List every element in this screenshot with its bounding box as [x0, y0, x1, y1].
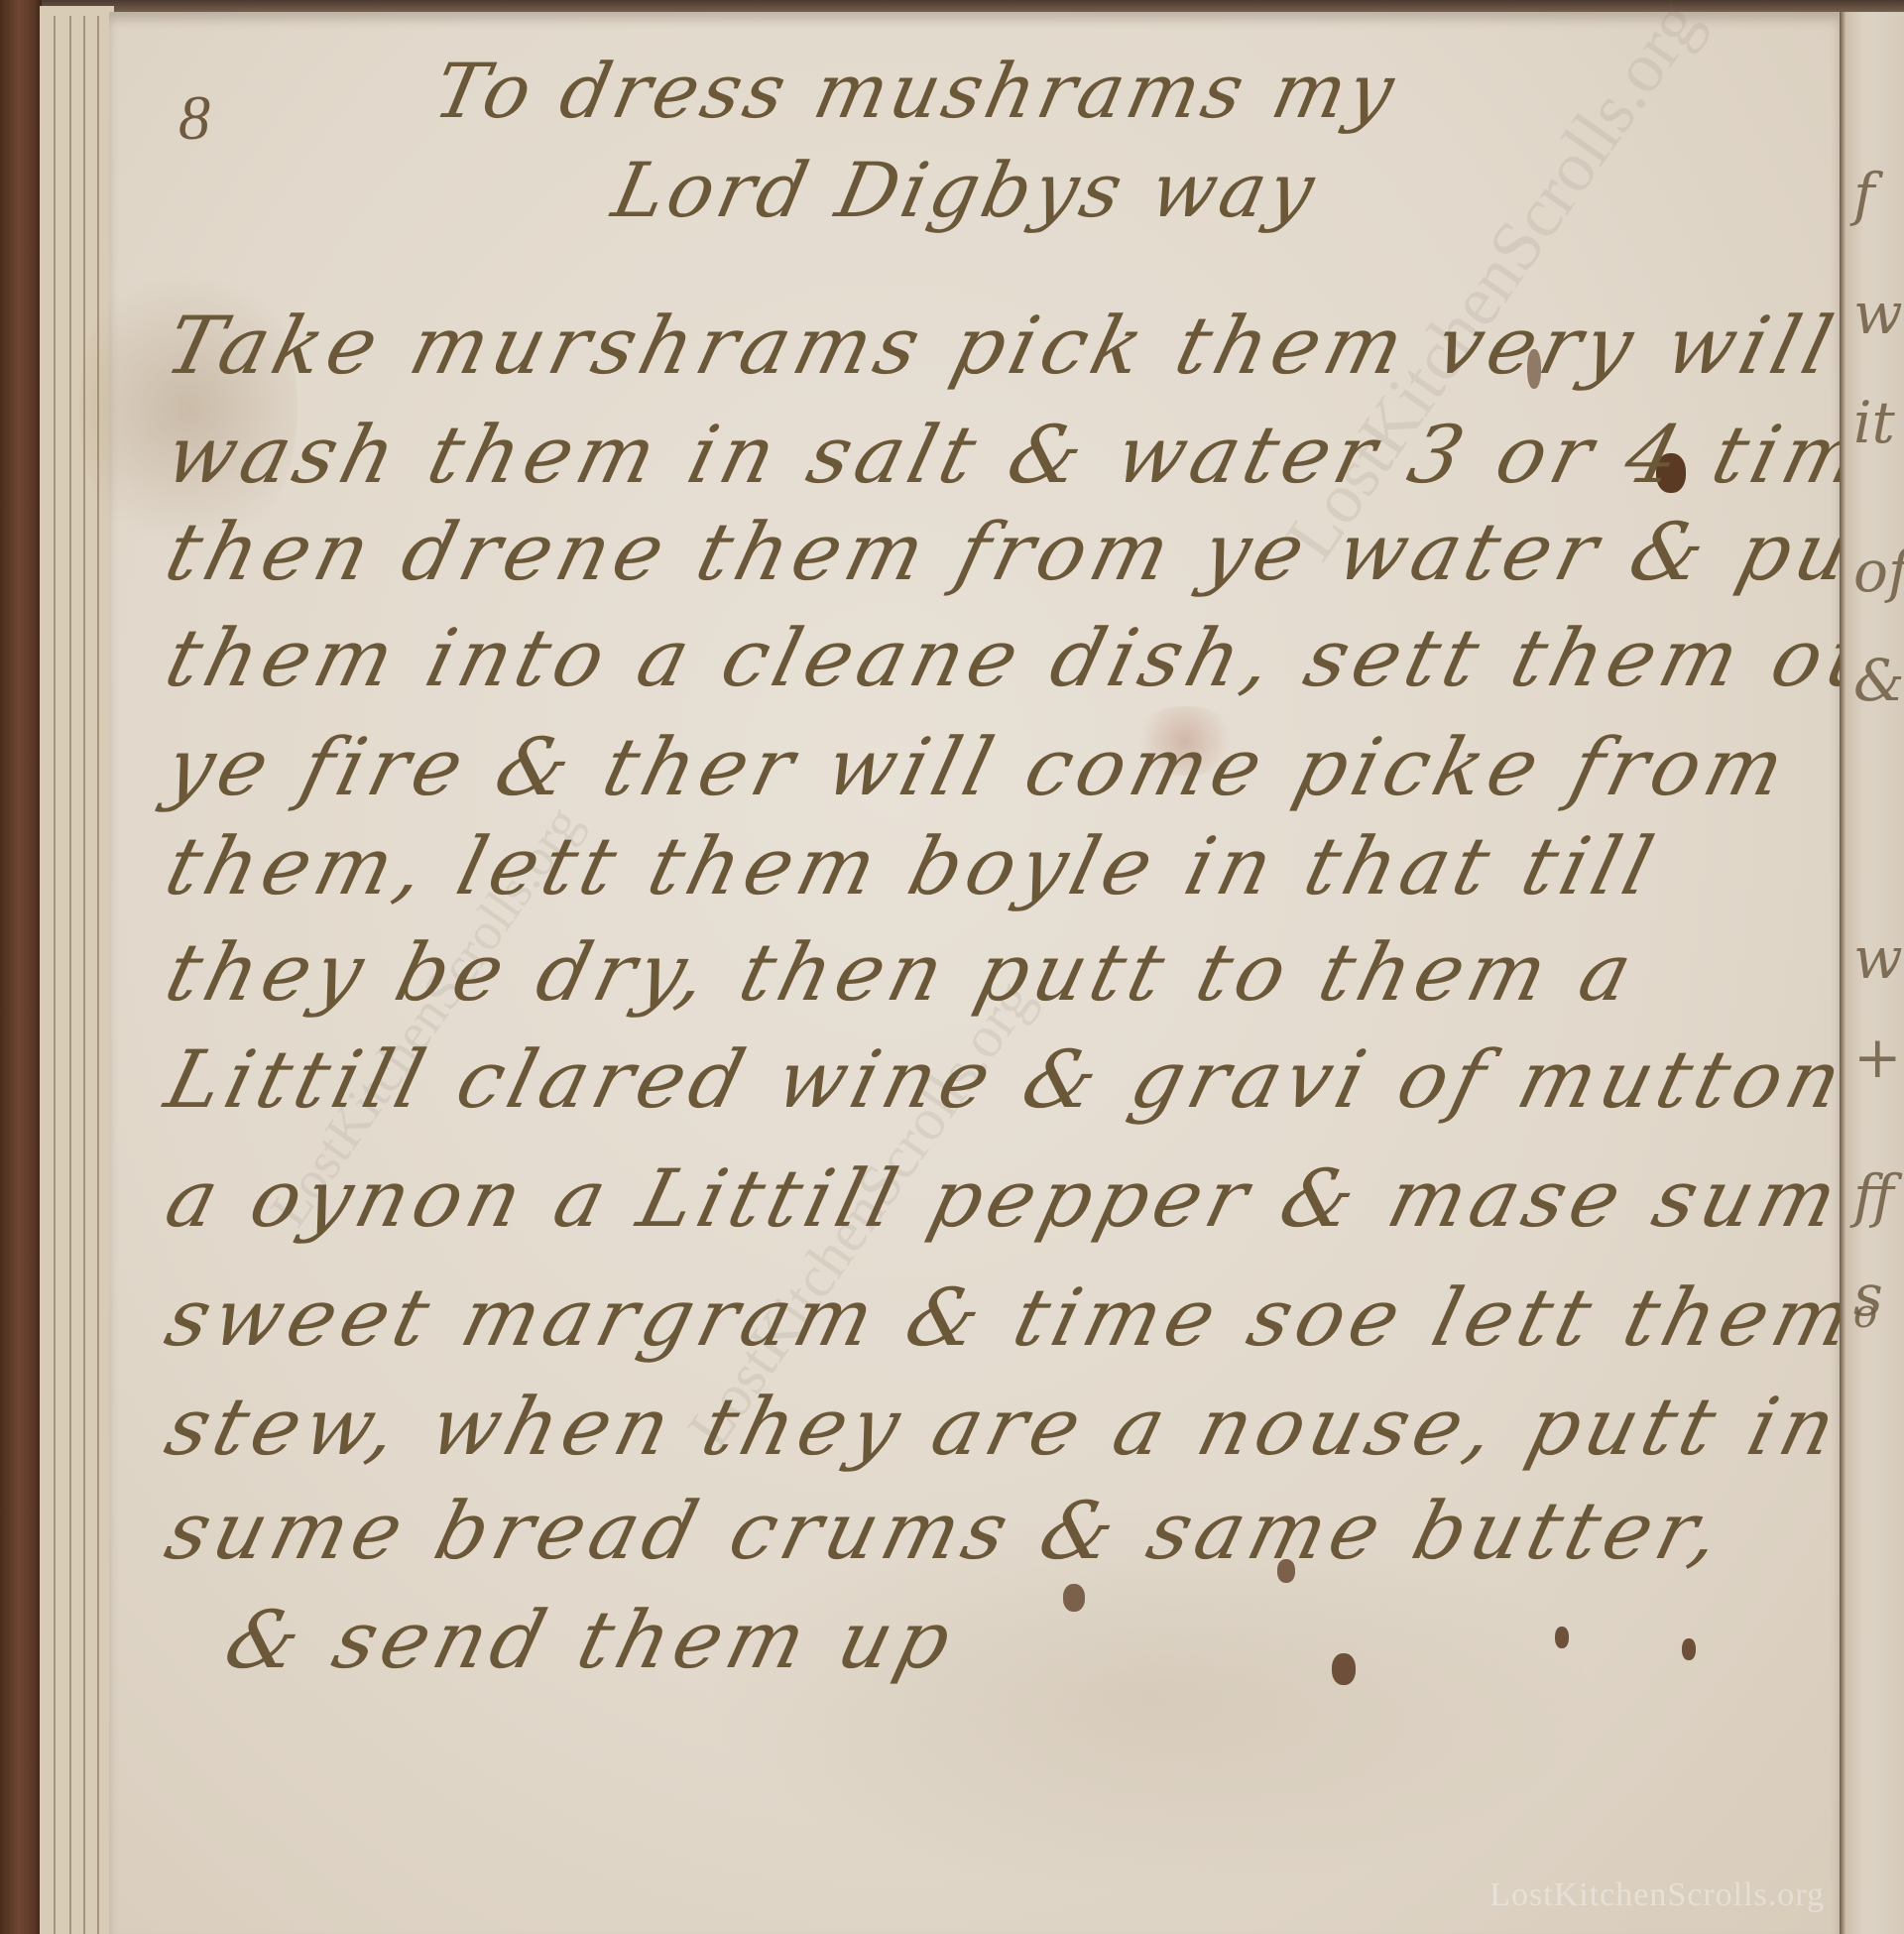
facing-page-fragment: it: [1853, 389, 1895, 456]
ink-blot: [1682, 1638, 1696, 1660]
recipe-line: them into a cleane dish, sett them ou: [157, 612, 1896, 704]
facing-page-fragment: +: [1853, 1024, 1902, 1091]
recipe-line: sweet margram & time soe lett them: [157, 1271, 1866, 1364]
facing-page-fragment: of: [1853, 538, 1904, 605]
recipe-line: then drene them from ye water & put: [157, 506, 1903, 598]
ink-blot: [1332, 1653, 1356, 1685]
recipe-line: stew, when they are a nouse, putt in: [157, 1381, 1849, 1473]
recipe-line: wash them in salt & water 3 or 4 tims: [157, 409, 1904, 501]
recipe-title-line-2: Lord Digbys way: [606, 146, 1326, 234]
recipe-line: sume bread crums & same butter,: [157, 1485, 1735, 1577]
page-edge-line: [83, 16, 85, 1934]
ink-blot: [1555, 1627, 1569, 1648]
facing-page-fragment: &: [1853, 647, 1904, 714]
site-watermark: LostKitchenScrolls.org: [1489, 1876, 1825, 1914]
recipe-title-line-1: To dress mushrams my: [427, 47, 1406, 135]
facing-page-fragment: o: [1853, 1291, 1877, 1337]
leather-binding: [0, 0, 42, 1934]
page-edges: [40, 6, 114, 1934]
manuscript-page: LostKitchenScrolls.org LostKitchenScroll…: [109, 12, 1840, 1934]
page-edge-line: [69, 16, 71, 1934]
facing-page-fragment: w: [1853, 280, 1903, 347]
recipe-line: & send them up: [216, 1594, 965, 1686]
recipe-line: them, lett them boyle in that till: [157, 820, 1667, 912]
recipe-line: ye fire & ther will come picke from: [157, 721, 1799, 813]
recipe-line: Littill clared wine & gravi of mutton: [157, 1033, 1856, 1126]
page-number: 8: [178, 81, 210, 155]
facing-page-fragment: f: [1853, 161, 1874, 228]
facing-page-fragment: w: [1853, 924, 1903, 992]
page-edge-line: [54, 16, 56, 1934]
recipe-line: Take murshrams pick them very will: [157, 300, 1846, 392]
facing-page-fragment: ff: [1853, 1162, 1894, 1230]
ink-blot: [1063, 1584, 1085, 1612]
recipe-line: a oynon a Littill pepper & mase sume: [157, 1152, 1904, 1245]
page-edge-line: [97, 16, 99, 1934]
recipe-line: they be dry, then putt to them a: [157, 926, 1646, 1019]
facing-page: f w it of & w + ff s o: [1840, 12, 1904, 1934]
